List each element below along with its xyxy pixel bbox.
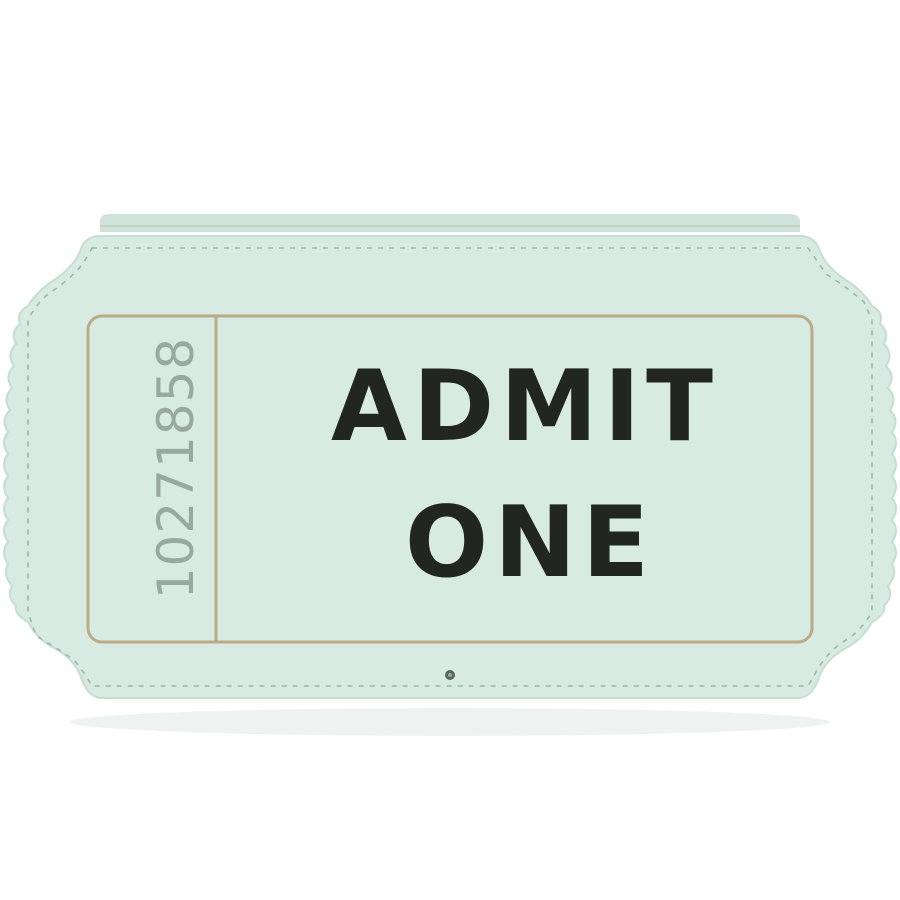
snap-button-highlight — [448, 673, 452, 677]
serial-number: 10271858 — [147, 337, 205, 600]
zipper-gusset — [100, 214, 800, 232]
ticket-body — [4, 236, 896, 698]
headline-one: ONE — [380, 488, 680, 598]
drop-shadow — [70, 708, 830, 736]
headline-admit: ADMIT — [290, 352, 760, 462]
